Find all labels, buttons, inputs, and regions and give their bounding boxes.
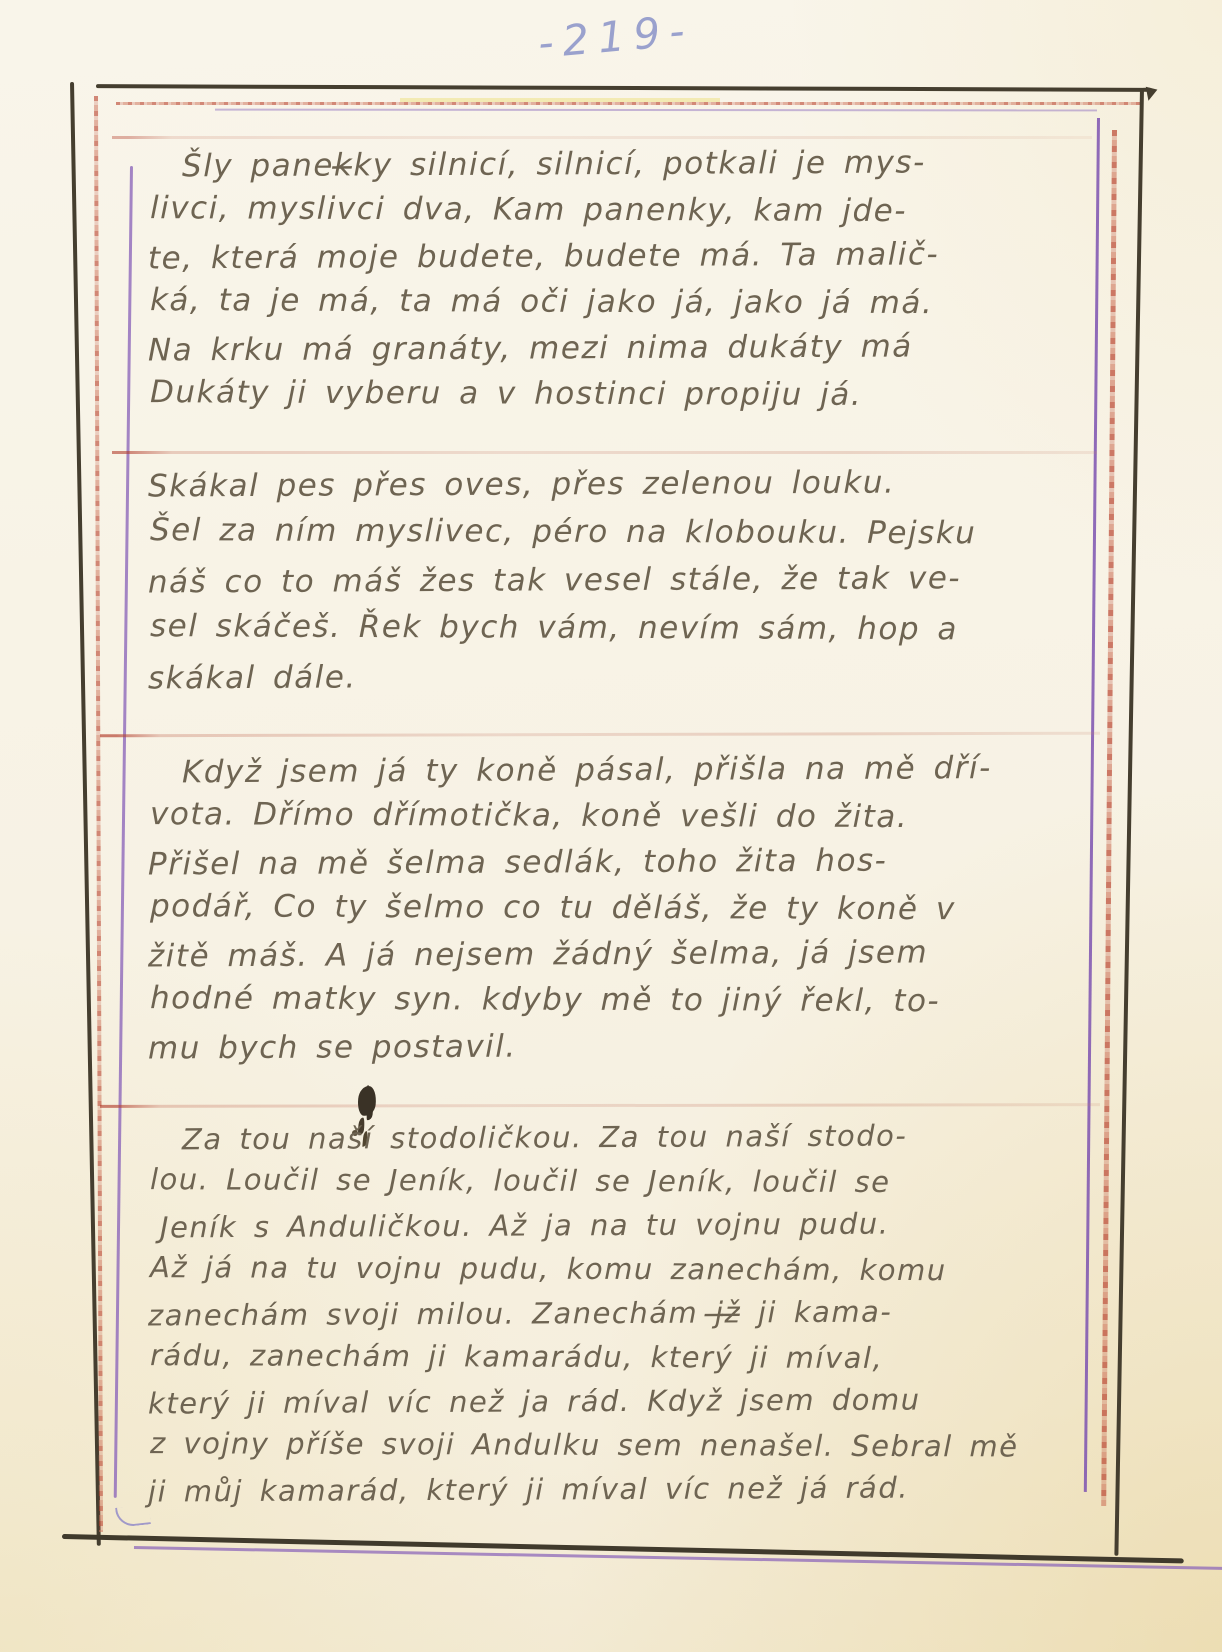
notebook-page: -219- Šly panek̶ky silnicí, silnicí, pot… [0, 0, 1222, 1652]
song-section-2: Skákal pes přes oves, přes zelenou louku… [148, 466, 1108, 706]
song-section-4: Za tou naší stodoličkou. Za tou naší sto… [148, 1120, 1108, 1516]
section-divider [112, 451, 1097, 454]
ink-blot [356, 1085, 377, 1117]
handwritten-line: z vojny příše svoji Andulku sem nenašel.… [150, 1426, 1110, 1474]
handwritten-line: žitě máš. A já nejsem žádný šelma, já js… [148, 933, 1108, 984]
handwritten-line: ji můj kamarád, který ji míval víc než j… [148, 1469, 1108, 1518]
frame-right-dark-line [1114, 88, 1144, 1556]
handwritten-line: ká, ta je má, ta má oči jako já, jako já… [150, 282, 1110, 332]
handwritten-line: Za tou naší stodoličkou. Za tou naší sto… [148, 1117, 1108, 1166]
section-divider [112, 136, 1092, 139]
handwritten-line: hodné matky syn. kdyby mě to jiný řekl, … [150, 980, 1110, 1030]
handwritten-line: livci, myslivci dva, Kam panenky, kam jd… [150, 190, 1110, 240]
handwritten-line: sel skáčeš. Řek bych vám, nevím sám, hop… [150, 608, 1110, 660]
pen-curl-mark [115, 1504, 151, 1527]
frame-top-dark-line [96, 84, 1152, 92]
handwritten-line: podář, Co ty šelmo co tu děláš, že ty ko… [150, 888, 1110, 938]
frame-top-purple-line [215, 109, 1097, 112]
handwritten-line: který ji míval víc než ja rád. Když jsem… [148, 1381, 1108, 1430]
song-section-3: Když jsem já ty koně pásal, přišla na mě… [148, 752, 1108, 1074]
handwritten-line: lou. Loučil se Jeník, loučil se Jeník, l… [150, 1162, 1110, 1210]
handwritten-line: mu bych se postavil. [148, 1025, 1108, 1076]
handwritten-line: Šly panek̶ky silnicí, silnicí, potkali j… [148, 143, 1108, 194]
section-divider [100, 1103, 1100, 1108]
handwritten-line: Dukáty ji vyberu a v hostinci propiju já… [150, 374, 1110, 424]
frame-left-purple-line [114, 166, 133, 1498]
handwritten-line: zanechám svoji milou. Zanechám j̶ž̶ ji k… [148, 1293, 1108, 1342]
handwritten-line: te, která moje budete, budete má. Ta mal… [148, 235, 1108, 286]
handwritten-line: skákal dále. [148, 655, 1108, 708]
handwritten-line: Až já na tu vojnu pudu, komu zanechám, k… [150, 1250, 1110, 1298]
handwritten-line: vota. Dřímo dřímotička, koně vešli do ži… [150, 796, 1110, 846]
handwritten-line: Šel za ním myslivec, péro na klobouku. P… [150, 512, 1110, 564]
frame-corner-mark [1143, 87, 1158, 103]
section-divider [100, 732, 1100, 738]
frame-top-red-line [116, 102, 1142, 105]
handwritten-line: náš co to máš žes tak vesel stále, že ta… [148, 559, 1108, 612]
page-number: -219- [536, 5, 695, 67]
handwritten-line: Přišel na mě šelma sedlák, toho žita hos… [148, 841, 1108, 892]
handwritten-line: Skákal pes přes oves, přes zelenou louku… [148, 463, 1108, 516]
handwritten-line: Jeník s Anduličkou. Až ja na tu vojnu pu… [148, 1205, 1108, 1254]
handwritten-line: Když jsem já ty koně pásal, přišla na mě… [148, 749, 1108, 800]
song-section-1: Šly panek̶ky silnicí, silnicí, potkali j… [148, 146, 1108, 422]
handwritten-line: Na krku má granáty, mezi nima dukáty má [148, 327, 1108, 378]
handwritten-line: rádu, zanechám ji kamarádu, který ji mív… [150, 1338, 1110, 1386]
